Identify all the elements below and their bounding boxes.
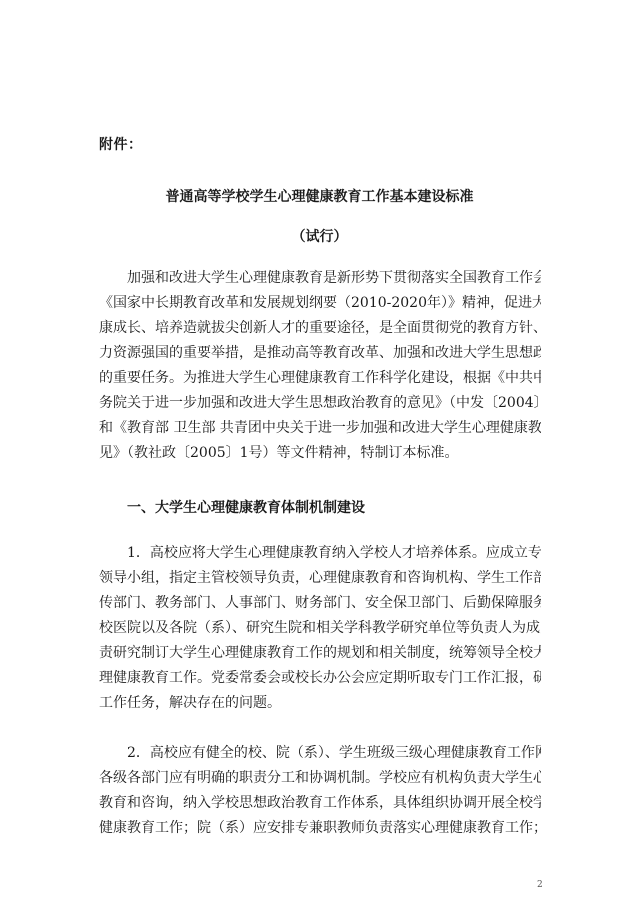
text-line: 工作任务，解决存在的问题。	[99, 691, 541, 716]
text-line: 领导小组，指定主管校领导负责，心理健康教育和咨询机构、学生工作部门、宣	[99, 566, 541, 591]
text-line: 校医院以及各院（系）、研究生院和相关学科教学研究单位等负责人为成员，负	[99, 616, 541, 641]
text-line: 健康教育工作；院（系）应安排专兼职教师负责落实心理健康教育工作；组织学	[99, 816, 541, 841]
text-line: 责研究制订大学生心理健康教育工作的规划和相关制度，统筹领导全校大学生心	[99, 641, 541, 666]
attachment-label: 附件：	[99, 134, 143, 154]
text-line: 见》（教社政〔2005〕1号）等文件精神，特制订本标准。	[99, 441, 541, 466]
item-2-paragraph: 2．高校应有健全的校、院（系）、学生班级三级心理健康教育工作网络， 各级各部门应…	[99, 741, 541, 841]
document-title: 普通高等学校学生心理健康教育工作基本建设标准	[0, 186, 639, 206]
item-1-paragraph: 1．高校应将大学生心理健康教育纳入学校人才培养体系。应成立专门工作 领导小组，指…	[99, 541, 541, 716]
text-line: 理健康教育工作。党委常委会或校长办公会应定期听取专门工作汇报，研究部署	[99, 666, 541, 691]
page-number: 2	[537, 880, 543, 890]
text-line: 《国家中长期教育改革和发展规划纲要（2010-2020年）》精神，促进大学生健	[99, 291, 541, 316]
text-line: 和《教育部 卫生部 共青团中央关于进一步加强和改进大学生心理健康教育的意	[99, 416, 541, 441]
intro-paragraph: 加强和改进大学生心理健康教育是新形势下贯彻落实全国教育工作会议和 《国家中长期教…	[99, 266, 541, 466]
document-page: 附件： 普通高等学校学生心理健康教育工作基本建设标准 （试行） 加强和改进大学生…	[0, 0, 639, 902]
section-heading: 一、大学生心理健康教育体制机制建设	[127, 497, 365, 517]
text-line: 1．高校应将大学生心理健康教育纳入学校人才培养体系。应成立专门工作	[99, 541, 541, 566]
text-line: 康成长、培养造就拔尖创新人才的重要途径，是全面贯彻党的教育方针、建设人	[99, 316, 541, 341]
text-line: 务院关于进一步加强和改进大学生思想政治教育的意见》（中发〔2004〕16号）	[99, 391, 541, 416]
document-subtitle: （试行）	[0, 226, 639, 246]
text-line: 传部门、教务部门、人事部门、财务部门、安全保卫部门、后勤保障服务部门、	[99, 591, 541, 616]
text-line: 的重要任务。为推进大学生心理健康教育工作科学化建设，根据《中共中央 国	[99, 366, 541, 391]
text-line: 加强和改进大学生心理健康教育是新形势下贯彻落实全国教育工作会议和	[99, 266, 541, 291]
text-line: 2．高校应有健全的校、院（系）、学生班级三级心理健康教育工作网络，	[99, 741, 541, 766]
text-line: 力资源强国的重要举措，是推动高等教育改革、加强和改进大学生思想政治教育	[99, 341, 541, 366]
text-line: 各级各部门应有明确的职责分工和协调机制。学校应有机构负责大学生心理健康	[99, 766, 541, 791]
text-line: 教育和咨询，纳入学校思想政治教育工作体系，具体组织协调开展全校学生心理	[99, 791, 541, 816]
